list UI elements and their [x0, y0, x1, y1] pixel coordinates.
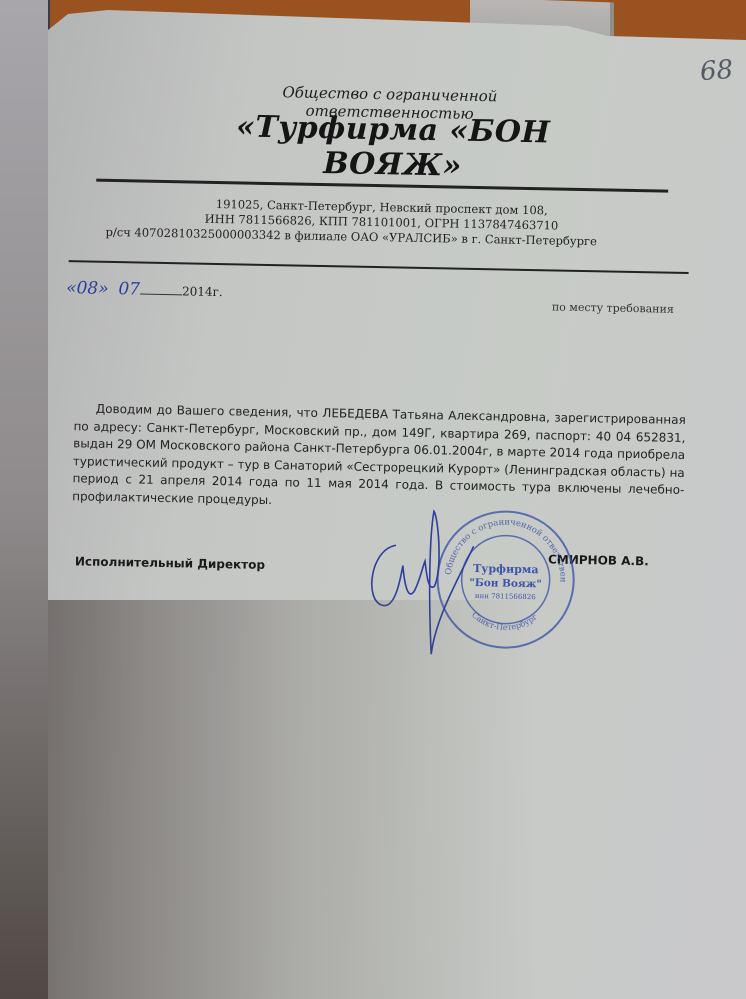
- body-paragraph: Доводим до Вашего сведения, что ЛЕБЕДЕВА…: [72, 400, 686, 517]
- date-underline: [140, 294, 182, 296]
- page-shadow: [48, 600, 746, 999]
- date-year: 2014г.: [182, 284, 223, 299]
- letter-body: Доводим до Вашего сведения, что ЛЕБЕДЕВА…: [72, 400, 686, 517]
- letterhead-address-block: 191025, Санкт-Петербург, Невский проспек…: [131, 195, 632, 250]
- date-day-handwritten: «08»: [66, 278, 109, 299]
- svg-text:"Бон Вояж": "Бон Вояж": [469, 577, 542, 590]
- svg-text:Турфирма: Турфирма: [473, 562, 539, 576]
- company-name: «Турфирма «БОН ВОЯЖ»: [202, 109, 583, 186]
- letterhead-rule-bottom: [69, 260, 689, 274]
- signer-role: Исполнительный Директор: [75, 554, 265, 572]
- date-month-handwritten: 07: [118, 279, 140, 299]
- recipient: по месту требования: [552, 300, 674, 315]
- letter-date: «08» 072014г.: [66, 278, 223, 301]
